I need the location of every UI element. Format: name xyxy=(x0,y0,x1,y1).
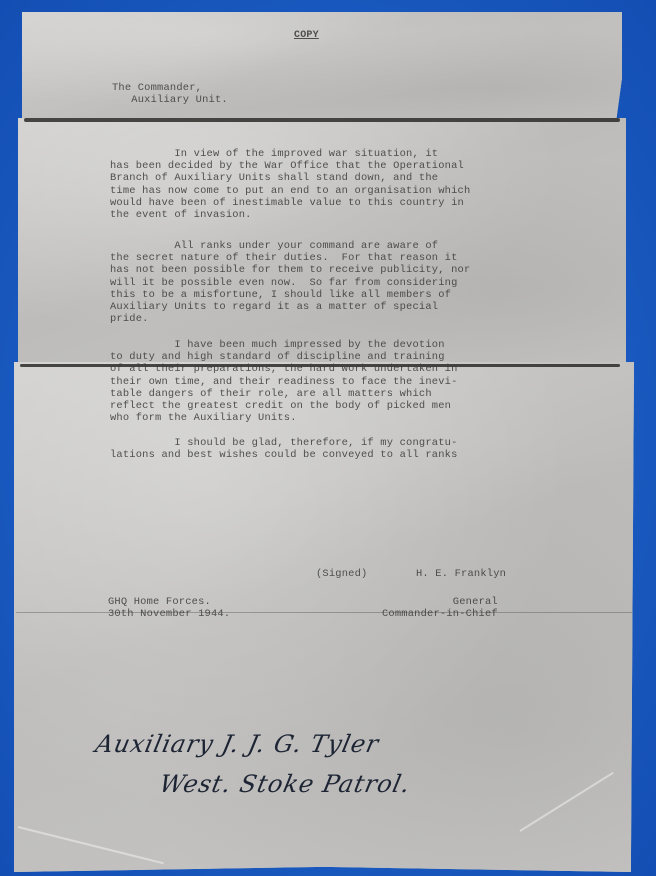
fold-tear-top xyxy=(24,118,620,122)
paragraph-4: I should be glad, therefore, if my congr… xyxy=(110,437,458,461)
text-line: their own time, and their readiness to f… xyxy=(110,376,458,388)
text-line: the secret nature of their duties. For t… xyxy=(110,252,470,264)
handwritten-patrol: West. Stoke Patrol. xyxy=(157,770,413,798)
text-line: to duty and high standard of discipline … xyxy=(110,351,458,363)
text-line: who form the Auxiliary Units. xyxy=(110,412,458,424)
signed-label: (Signed) xyxy=(316,568,367,580)
text-line: I should be glad, therefore, if my congr… xyxy=(110,437,458,449)
text-line: the event of invasion. xyxy=(110,209,470,221)
text-line: would have been of inestimable value to … xyxy=(110,197,470,209)
addressee-block: The Commander, Auxiliary Unit. xyxy=(112,82,228,106)
origin-block: GHQ Home Forces.30th November 1944. xyxy=(108,596,230,620)
text-line: time has now come to put an end to an or… xyxy=(110,185,470,197)
text-line: lations and best wishes could be conveye… xyxy=(110,449,458,461)
text-line: has been decided by the War Office that … xyxy=(110,160,470,172)
origin-place: GHQ Home Forces. xyxy=(108,596,230,608)
text-line: Branch of Auxiliary Units shall stand do… xyxy=(110,172,470,184)
handwritten-name: Auxiliary J. J. G. Tyler xyxy=(93,730,382,758)
text-line: has not been possible for them to receiv… xyxy=(110,264,470,276)
rank-line: Commander-in-Chief xyxy=(382,608,498,620)
text-line: of all their preparations, the hard work… xyxy=(110,363,458,375)
text-line: table dangers of their role, are all mat… xyxy=(110,388,458,400)
paragraph-3: I have been much impressed by the devoti… xyxy=(110,339,458,424)
paragraph-2: All ranks under your command are aware o… xyxy=(110,240,470,325)
addressee-line: Auxiliary Unit. xyxy=(112,94,228,106)
origin-date: 30th November 1944. xyxy=(108,608,230,620)
text-line: will it be possible even now. So far fro… xyxy=(110,277,470,289)
paragraph-1: In view of the improved war situation, i… xyxy=(110,148,470,221)
text-line: this to be a misfortune, I should like a… xyxy=(110,289,470,301)
text-line: I have been much impressed by the devoti… xyxy=(110,339,458,351)
signatory-name: H. E. Franklyn xyxy=(416,568,506,580)
text-line: In view of the improved war situation, i… xyxy=(110,148,470,160)
text-line: Auxiliary Units to regard it as a matter… xyxy=(110,301,470,313)
text-line: All ranks under your command are aware o… xyxy=(110,240,470,252)
addressee-line: The Commander, xyxy=(112,82,228,94)
text-line: reflect the greatest credit on the body … xyxy=(110,400,458,412)
rank-line: General xyxy=(382,596,498,608)
text-line: pride. xyxy=(110,313,470,325)
signatory-rank: GeneralCommander-in-Chief xyxy=(382,596,498,620)
document-title: COPY xyxy=(294,30,319,42)
